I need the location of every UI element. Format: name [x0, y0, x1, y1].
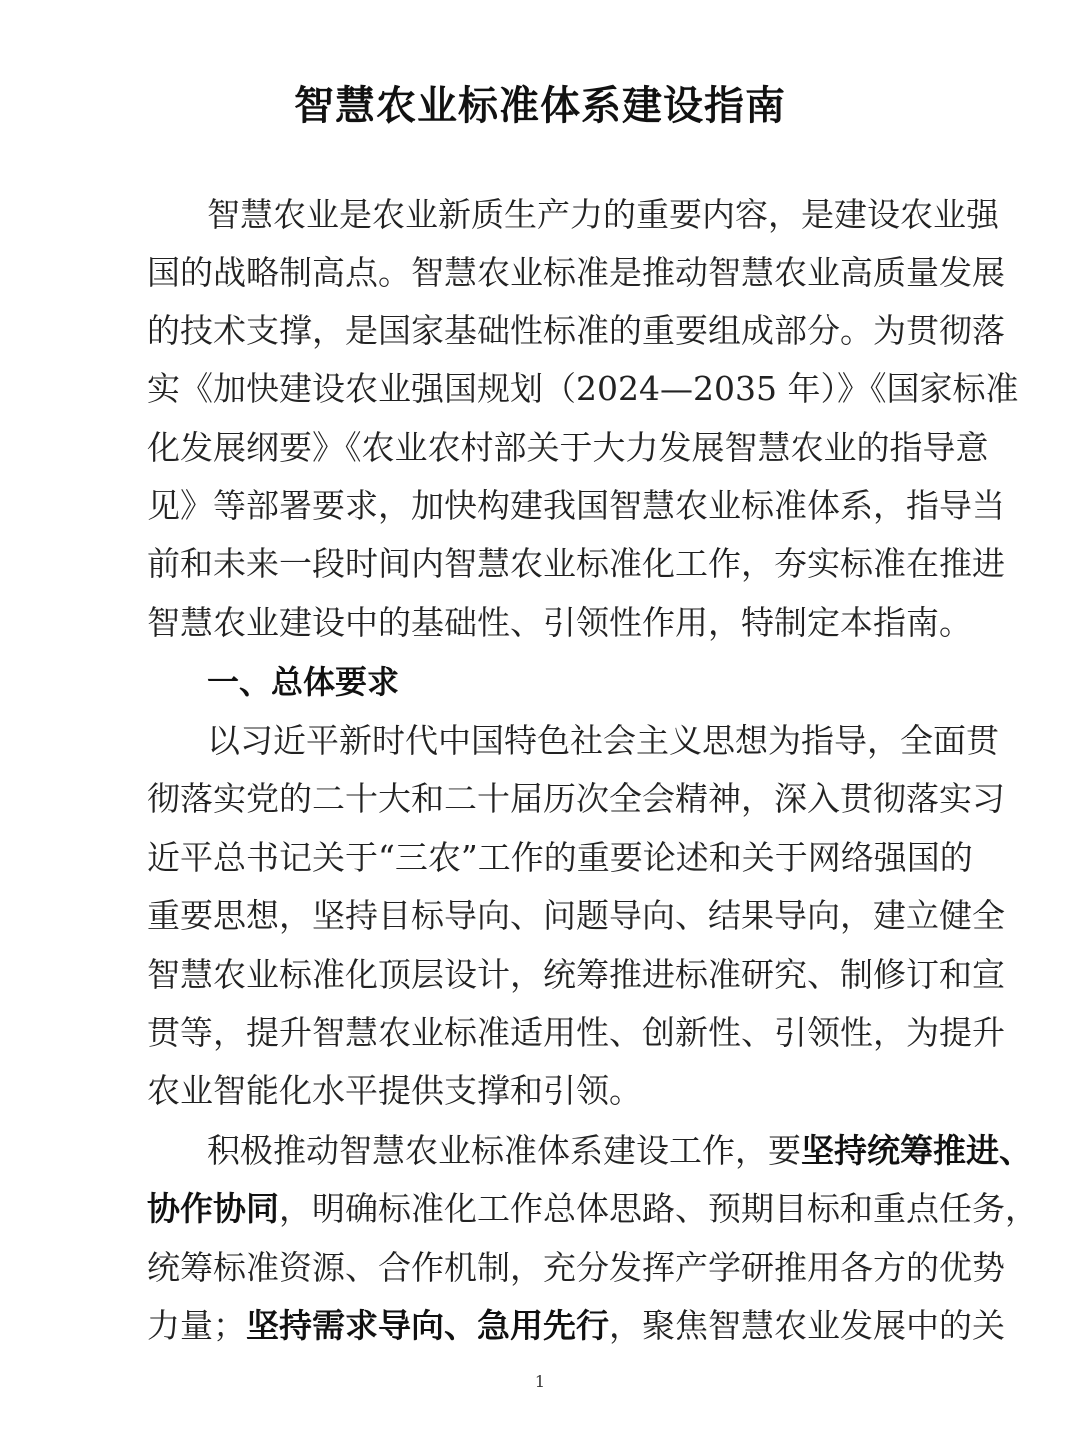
- text-line: 智慧农业是农业新质生产力的重要内容，是建设农业强: [207, 195, 949, 235]
- text-line: 国的战略制高点。智慧农业标准是推动智慧农业高质量发展: [147, 253, 949, 293]
- text-span: ，聚焦智慧农业发展中的关: [609, 1306, 1005, 1345]
- text-line: 以习近平新时代中国特色社会主义思想为指导，全面贯: [207, 721, 949, 761]
- bold-text: 坚持需求导向、急用先行: [246, 1306, 609, 1345]
- text-line: 智慧农业建设中的基础性、引领性作用，特制定本指南。: [147, 603, 949, 643]
- text-line: 积极推动智慧农业标准体系建设工作，要坚持统筹推进、: [207, 1131, 949, 1171]
- text-line: 智慧农业标准化顶层设计，统筹推进标准研究、制修订和宣: [147, 955, 949, 995]
- text-span: ，明确标准化工作总体思路、预期目标和重点任务，: [279, 1189, 1038, 1228]
- text-span: 力量；: [147, 1306, 246, 1345]
- document-title: 智慧农业标准体系建设指南: [0, 74, 1080, 131]
- text-span: 积极推动智慧农业标准体系建设工作，要: [207, 1131, 801, 1170]
- text-line: 彻落实党的二十大和二十届历次全会精神，深入贯彻落实习: [147, 779, 949, 819]
- bold-text: 坚持统筹推进、: [801, 1131, 1032, 1170]
- text-line: 近平总书记关于“三农”工作的重要论述和关于网络强国的: [147, 838, 949, 878]
- text-line: 农业智能化水平提供支撑和引领。: [147, 1071, 949, 1111]
- text-line: 贯等，提升智慧农业标准适用性、创新性、引领性，为提升: [147, 1013, 949, 1053]
- text-line: 化发展纲要》《农业农村部关于大力发展智慧农业的指导意: [147, 428, 949, 468]
- text-line: 见》等部署要求，加快构建我国智慧农业标准体系，指导当: [147, 486, 949, 526]
- text-line: 统筹标准资源、合作机制，充分发挥产学研推用各方的优势: [147, 1248, 949, 1288]
- text-line: 前和未来一段时间内智慧农业标准化工作，夯实标准在推进: [147, 544, 949, 584]
- section-heading: 一、总体要求: [207, 662, 949, 702]
- page-number: 1: [0, 1372, 1080, 1391]
- text-line: 力量；坚持需求导向、急用先行，聚焦智慧农业发展中的关: [147, 1306, 949, 1346]
- bold-text: 协作协同: [147, 1189, 279, 1228]
- text-line: 实《加快建设农业强国规划（2024—2035 年）》《国家标准: [147, 369, 949, 409]
- text-line: 协作协同，明确标准化工作总体思路、预期目标和重点任务，: [147, 1189, 949, 1229]
- text-line: 重要思想，坚持目标导向、问题导向、结果导向，建立健全: [147, 896, 949, 936]
- text-line: 的技术支撑，是国家基础性标准的重要组成部分。为贯彻落: [147, 311, 949, 351]
